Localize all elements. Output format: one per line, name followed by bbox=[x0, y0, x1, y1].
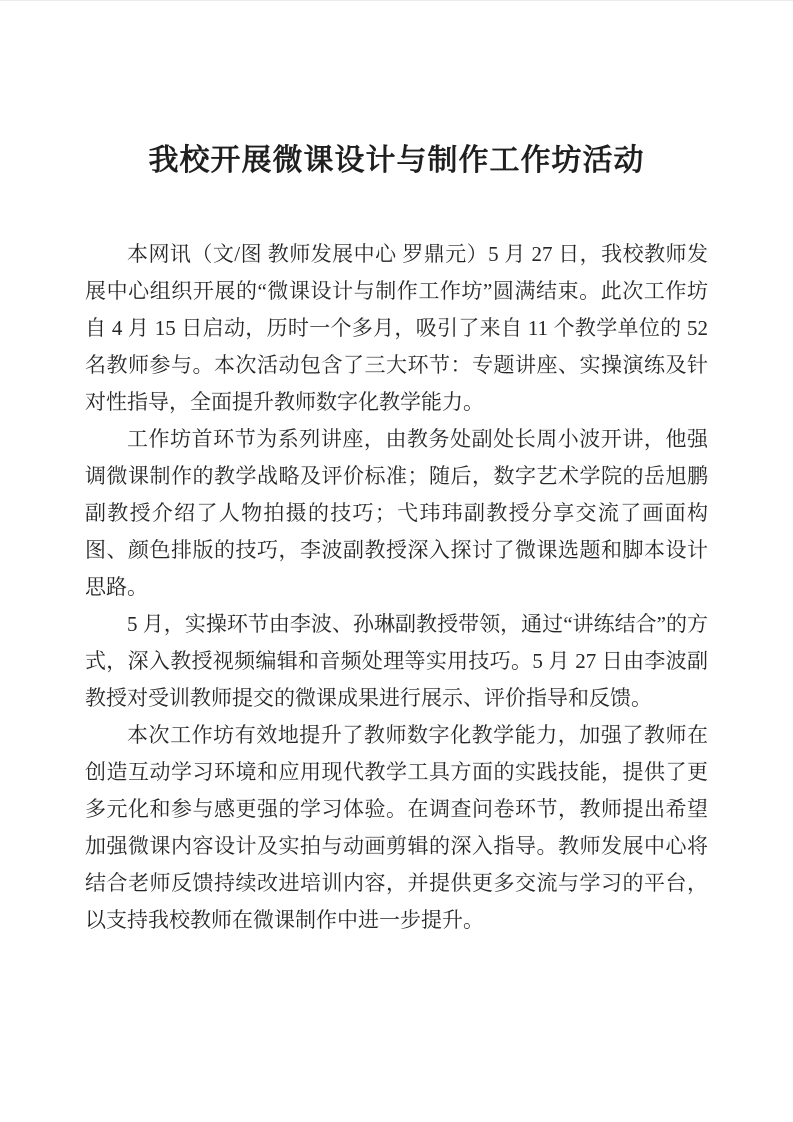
document-body: 本网讯（文/图 教师发展中心 罗鼎元）5 月 27 日，我校教师发展中心组织开展… bbox=[85, 236, 708, 939]
paragraph-practice: 5 月，实操环节由李波、孙琳副教授带领，通过“讲练结合”的方式，深入教授视频编辑… bbox=[85, 606, 708, 717]
document-title: 我校开展微课设计与制作工作坊活动 bbox=[85, 143, 708, 179]
paragraph-summary: 本次工作坊有效地提升了教师数字化教学能力，加强了教师在创造互动学习环境和应用现代… bbox=[85, 717, 708, 939]
document-page: 我校开展微课设计与制作工作坊活动 本网讯（文/图 教师发展中心 罗鼎元）5 月 … bbox=[0, 0, 793, 1122]
paragraph-lectures: 工作坊首环节为系列讲座，由教务处副处长周小波开讲，他强调微课制作的教学战略及评价… bbox=[85, 421, 708, 606]
paragraph-intro: 本网讯（文/图 教师发展中心 罗鼎元）5 月 27 日，我校教师发展中心组织开展… bbox=[85, 236, 708, 421]
